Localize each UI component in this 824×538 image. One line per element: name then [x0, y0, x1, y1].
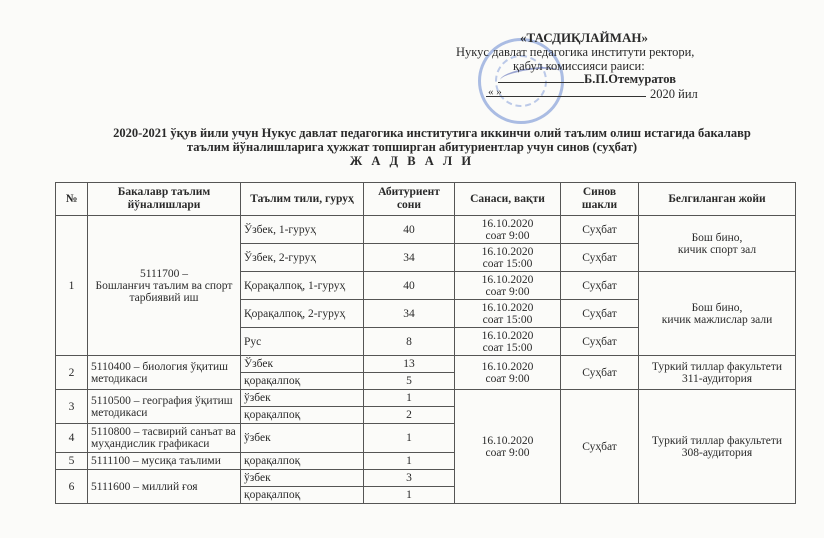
row-number: 2 [56, 356, 88, 390]
applicant-count: 2 [364, 407, 455, 424]
exam-form: Суҳбат [561, 272, 639, 300]
exam-form: Суҳбат [561, 390, 639, 504]
table-header-row: №Бакалавр таълим йўналишлариТаълим тили,… [56, 183, 796, 216]
language-group: Ўзбек [241, 356, 364, 373]
date-time: 16.10.2020соат 9:00 [455, 390, 561, 504]
language-group: Ўзбек, 2-гуруҳ [241, 244, 364, 272]
row-number: 5 [56, 453, 88, 470]
language-group: ўзбек [241, 424, 364, 453]
date-time: 16.10.2020соат 9:00 [455, 356, 561, 390]
date-time: 16.10.2020соат 15:00 [455, 328, 561, 356]
document-heading: 2020-2021 ўқув йили учун Нукус давлат пе… [0, 126, 824, 168]
applicant-count: 5 [364, 373, 455, 390]
exam-form: Суҳбат [561, 328, 639, 356]
header-direction: Бакалавр таълим йўналишлари [88, 183, 241, 216]
date-time: 16.10.2020соат 9:00 [455, 272, 561, 300]
language-group: Қорақалпоқ, 1-гуруҳ [241, 272, 364, 300]
direction-name: 5111700 –Бошланғич таълим ва спорт тарби… [88, 216, 241, 356]
date-line [486, 96, 646, 97]
language-group: қорақалпоқ [241, 453, 364, 470]
direction-name: 5110500 – география ўқитиш методикаси [88, 390, 241, 424]
header-exam-form: Синов шакли [561, 183, 639, 216]
exam-form: Суҳбат [561, 300, 639, 328]
row-number: 6 [56, 470, 88, 504]
applicant-count: 34 [364, 244, 455, 272]
header-date-time: Санаси, вақти [455, 183, 561, 216]
table-row: 25110400 – биология ўқитиш методикасиЎзб… [56, 356, 796, 373]
signature-line [498, 82, 584, 83]
date-time: 16.10.2020соат 15:00 [455, 300, 561, 328]
language-group: қорақалпоқ [241, 487, 364, 504]
row-number: 1 [56, 216, 88, 356]
language-group: Қорақалпоқ, 2-гуруҳ [241, 300, 364, 328]
applicant-count: 3 [364, 470, 455, 487]
header-language-group: Таълим тили, гуруҳ [241, 183, 364, 216]
header-number: № [56, 183, 88, 216]
applicant-count: 1 [364, 424, 455, 453]
location: Бош бино,кичик спорт зал [639, 216, 796, 272]
direction-name: 5110800 – тасвирий санъат ва муҳандислик… [88, 424, 241, 453]
table-row: 35110500 – география ўқитиш методикасиўз… [56, 390, 796, 407]
language-group: қорақалпоқ [241, 373, 364, 390]
applicant-count: 1 [364, 487, 455, 504]
approval-position: Нукус давлат педагогика институти ректор… [456, 45, 694, 60]
language-group: ўзбек [241, 390, 364, 407]
row-number: 3 [56, 390, 88, 424]
heading-line-2: таълим йўналишларига ҳужжат топширган аб… [0, 140, 824, 154]
exam-form: Суҳбат [561, 244, 639, 272]
heading-line-3: Ж А Д В А Л И [0, 154, 824, 168]
applicant-count: 1 [364, 453, 455, 470]
row-number: 4 [56, 424, 88, 453]
approval-year: 2020 йил [650, 87, 698, 102]
date-time: 16.10.2020соат 9:00 [455, 216, 561, 244]
exam-form: Суҳбат [561, 216, 639, 244]
applicant-count: 34 [364, 300, 455, 328]
date-time: 16.10.2020соат 15:00 [455, 244, 561, 272]
direction-name: 5110400 – биология ўқитиш методикаси [88, 356, 241, 390]
location: Туркий тиллар факультети311-аудитория [639, 356, 796, 390]
approver-name: Б.П.Отемуратов [584, 72, 676, 87]
applicant-count: 40 [364, 216, 455, 244]
heading-line-1: 2020-2021 ўқув йили учун Нукус давлат пе… [40, 126, 824, 140]
language-group: Рус [241, 328, 364, 356]
date-quote: « » [488, 85, 502, 100]
location: Туркий тиллар факультети308-аудитория [639, 390, 796, 504]
direction-name: 5111600 – миллий ғоя [88, 470, 241, 504]
approval-title: «ТАСДИҚЛАЙМАН» [520, 30, 648, 45]
schedule-table: №Бакалавр таълим йўналишлариТаълим тили,… [55, 182, 796, 504]
language-group: ўзбек [241, 470, 364, 487]
applicant-count: 40 [364, 272, 455, 300]
applicant-count: 13 [364, 356, 455, 373]
language-group: Ўзбек, 1-гуруҳ [241, 216, 364, 244]
location: Бош бино,кичик мажлислар зали [639, 272, 796, 356]
applicant-count: 8 [364, 328, 455, 356]
header-location: Белгиланган жойи [639, 183, 796, 216]
exam-form: Суҳбат [561, 356, 639, 390]
header-applicant-count: Абитуриент сони [364, 183, 455, 216]
table-row: 15111700 –Бошланғич таълим ва спорт тарб… [56, 216, 796, 244]
language-group: қорақалпоқ [241, 407, 364, 424]
applicant-count: 1 [364, 390, 455, 407]
direction-name: 5111100 – мусиқа таълими [88, 453, 241, 470]
